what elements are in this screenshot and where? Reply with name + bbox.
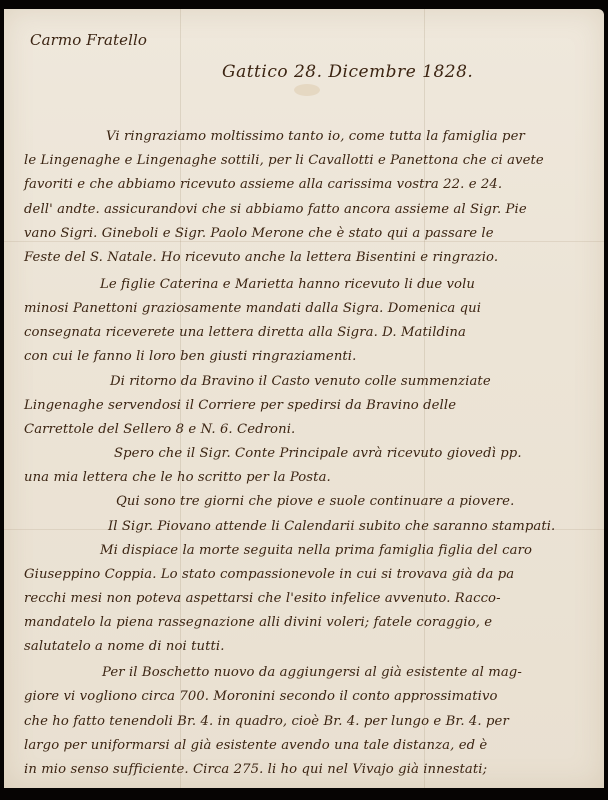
letter-line: Mi dispiace la morte seguita nella prima…	[100, 543, 532, 558]
letter-line: Carrettole del Sellero 8 e N. 6. Cedroni…	[24, 422, 295, 437]
letter-line: Lingenaghe servendosi il Corriere per sp…	[24, 398, 456, 413]
letter-line: le Lingenaghe e Lingenaghe sottili, per …	[24, 153, 544, 168]
letter-line: mandatelo la piena rassegnazione alli di…	[24, 615, 492, 630]
letter-line: Di ritorno da Bravino il Casto venuto co…	[110, 374, 491, 389]
letter-line: Il Sigr. Piovano attende li Calendarii s…	[108, 519, 555, 534]
date-line: Gattico 28. Dicembre 1828.	[222, 62, 473, 82]
letter-line: favoriti e che abbiamo ricevuto assieme …	[24, 177, 502, 192]
letter-line: Le figlie Caterina e Marietta hanno rice…	[100, 277, 475, 292]
letter-line: giore vi vogliono circa 700. Moronini se…	[24, 689, 498, 704]
letter-line: Feste del S. Natale. Ho ricevuto anche l…	[24, 250, 498, 265]
salutation: Carmo Fratello	[30, 31, 147, 49]
letter-line: vano Sigri. Gineboli e Sigr. Paolo Meron…	[24, 226, 494, 241]
letter-line: una mia lettera che le ho scritto per la…	[24, 470, 331, 485]
letter-line: minosi Panettoni graziosamente mandati d…	[24, 301, 481, 316]
letter-line: Spero che il Sigr. Conte Principale avrà…	[114, 446, 522, 461]
letter-line: che ho fatto tenendoli Br. 4. in quadro,…	[24, 714, 509, 729]
letter-line: Qui sono tre giorni che piove e suole co…	[116, 494, 514, 509]
paper-fold-horizontal	[4, 241, 604, 242]
letter-page: Carmo Fratello Gattico 28. Dicembre 1828…	[4, 9, 604, 788]
paper-stain	[294, 84, 320, 96]
letter-line: Vi ringraziamo moltissimo tanto io, come…	[106, 129, 525, 144]
letter-line: recchi mesi non poteva aspettarsi che l'…	[24, 591, 501, 606]
letter-line: dell' andte. assicurandovi che si abbiam…	[24, 202, 527, 217]
letter-line: con cui le fanno li loro ben giusti ring…	[24, 349, 356, 364]
letter-line: largo per uniformarsi al già esistente a…	[24, 738, 487, 753]
letter-line: in mio senso sufficiente. Circa 275. li …	[24, 762, 487, 777]
letter-line: salutatelo a nome di noi tutti.	[24, 639, 225, 654]
letter-line: consegnata riceverete una lettera dirett…	[24, 325, 466, 340]
letter-line: Per il Boschetto nuovo da aggiungersi al…	[102, 665, 522, 680]
letter-line: Giuseppino Coppia. Lo stato compassionev…	[24, 567, 514, 582]
